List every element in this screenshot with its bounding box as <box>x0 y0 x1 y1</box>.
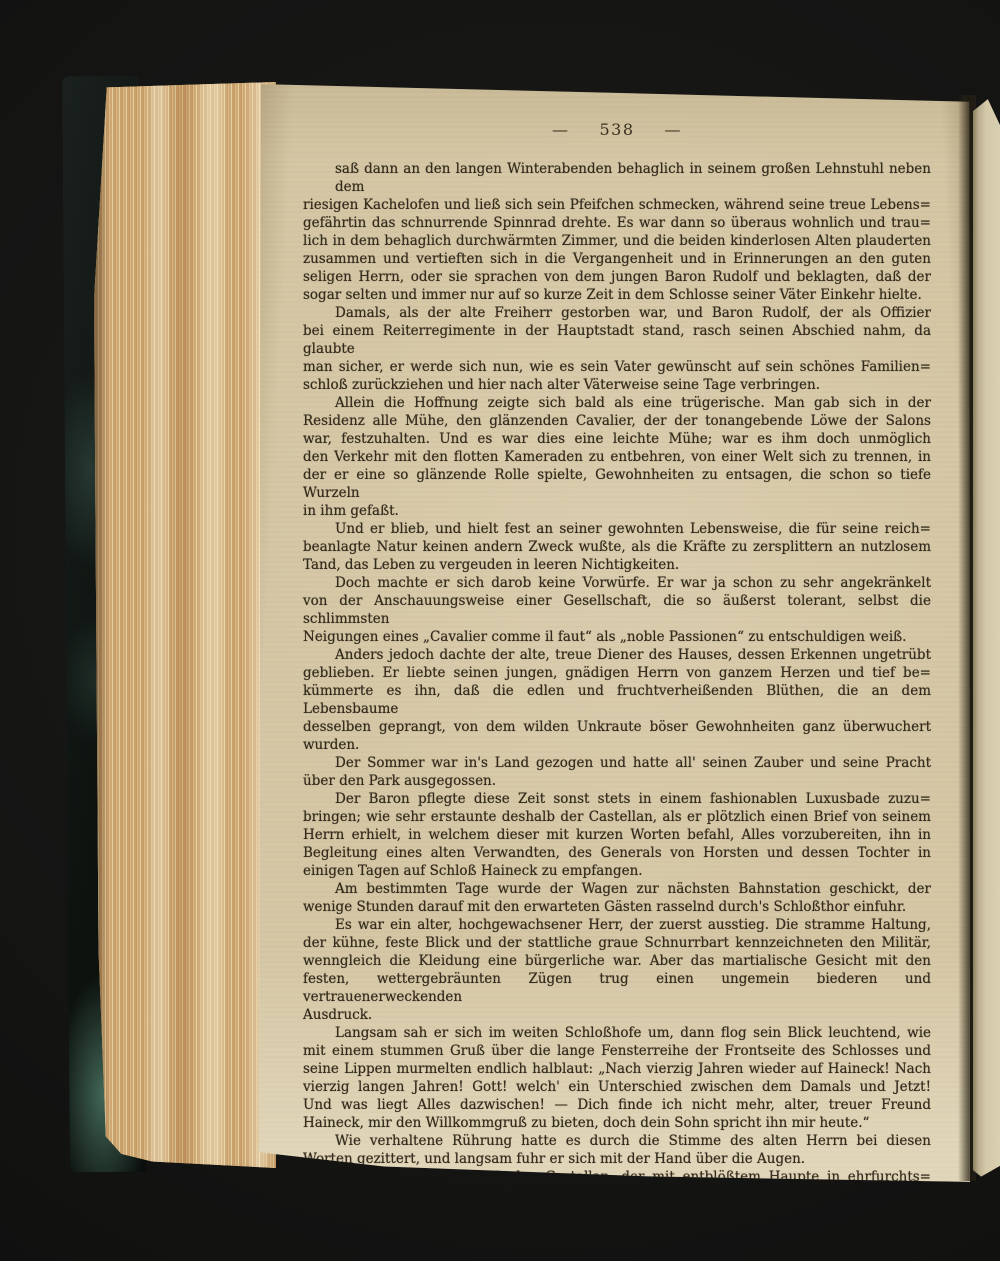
adjacent-page-sliver <box>973 97 1000 1181</box>
text-line: Herrn erhielt, in welchem dieser mit kur… <box>303 826 931 844</box>
text-line: den Verkehr mit den flotten Kameraden zu… <box>303 448 931 466</box>
book-page: — 538 — saß dann an den langen Winterabe… <box>256 83 970 1183</box>
text-line: kümmerte es ihn, daß die edlen und fruch… <box>303 682 931 718</box>
text-line: einigen Tagen auf Schloß Haineck zu empf… <box>303 862 931 880</box>
text-line: geblieben. Er liebte seinen jungen, gnäd… <box>303 664 931 682</box>
text-line: schloß zurückziehen und hier nach alter … <box>303 376 931 394</box>
text-line: Der Baron pflegte diese Zeit sonst stets… <box>303 790 931 808</box>
page-number: 538 <box>599 120 634 139</box>
text-line: desselben geprangt, von dem wilden Unkra… <box>303 718 931 736</box>
text-line: von der Anschauungsweise einer Gesellsch… <box>303 592 931 628</box>
text-line: Damals, als der alte Freiherr gestorben … <box>303 304 931 322</box>
text-line: Anders jedoch dachte der alte, treue Die… <box>303 646 931 664</box>
text-line: bei einem Reiterregimente in der Hauptst… <box>303 322 931 358</box>
text-line: Ausdruck. <box>303 1006 931 1024</box>
text-line: Tand, das Leben zu vergeuden in leeren N… <box>303 556 931 574</box>
text-line: festen, wettergebräunten Zügen trug eine… <box>303 970 931 1006</box>
text-line: seligen Herrn, oder sie sprachen von dem… <box>303 268 931 286</box>
text-line: sogar selten und immer nur auf so kurze … <box>303 286 931 304</box>
text-line: Residenz alle Mühe, den glänzenden Caval… <box>303 412 931 430</box>
text-line: gefährtin das schnurrende Spinnrad dreht… <box>303 214 931 232</box>
text-line: Und was liegt Alles dazwischen! — Dich f… <box>303 1096 931 1114</box>
text-line: war, festzuhalten. Und es war dies eine … <box>303 430 931 448</box>
page-content: — 538 — saß dann an den langen Winterabe… <box>303 83 931 1204</box>
text-line: wenngleich die Kleidung eine bürgerliche… <box>303 952 931 970</box>
text-line: wenige Stunden darauf mit den erwarteten… <box>303 898 931 916</box>
text-line: beanlagte Natur keinen andern Zweck wußt… <box>303 538 931 556</box>
text-line: über den Park ausgegossen. <box>303 772 931 790</box>
text-line: der er eine so glänzende Rolle spielte, … <box>303 466 931 502</box>
text-line: saß dann an den langen Winterabenden beh… <box>303 160 931 196</box>
text-line: Doch machte er sich darob keine Vorwürfe… <box>303 574 931 592</box>
text-line: in ihm gefaßt. <box>303 502 931 520</box>
text-line: voller Haltung dastand. <box>303 1186 931 1204</box>
text-line: Begleitung eines alten Verwandten, des G… <box>303 844 931 862</box>
text-line: vierzig langen Jahren! Gott! welch' ein … <box>303 1078 931 1096</box>
text-line: Und er blieb, und hielt fest an seiner g… <box>303 520 931 538</box>
text-line: wurden. <box>303 736 931 754</box>
text-line: Worten gezittert, und langsam fuhr er si… <box>303 1150 931 1168</box>
page-header: — 538 — <box>303 120 931 139</box>
text-line: seine Lippen murmelten endlich halblaut:… <box>303 1060 931 1078</box>
header-dash-left: — <box>552 120 570 139</box>
header-dash-right: — <box>665 120 683 139</box>
book-photo: — 538 — saß dann an den langen Winterabe… <box>0 0 1000 1261</box>
text-line: der kühne, feste Blick und der stattlich… <box>303 934 931 952</box>
text-line: Neigungen eines „Cavalier comme il faut“… <box>303 628 931 646</box>
page-text: saß dann an den langen Winterabenden beh… <box>303 160 931 1204</box>
text-line: Haineck, mir den Willkommgruß zu bieten,… <box>303 1114 931 1132</box>
text-line: Am bestimmten Tage wurde der Wagen zur n… <box>303 880 931 898</box>
text-line: Allein die Hoffnung zeigte sich bald als… <box>303 394 931 412</box>
text-line: Langsam sah er sich im weiten Schloßhofe… <box>303 1024 931 1042</box>
text-line: Wie verhaltene Rührung hatte es durch di… <box>303 1132 931 1150</box>
text-line: riesigen Kachelofen und ließ sich sein P… <box>303 196 931 214</box>
text-line: mit einem stummen Gruß über die lange Fe… <box>303 1042 931 1060</box>
text-line: lich in dem behaglich durchwärmten Zimme… <box>303 232 931 250</box>
text-line: man sicher, er werde sich nun, wie es se… <box>303 358 931 376</box>
page-edge-stack <box>94 82 276 1168</box>
text-line: Es war ein alter, hochgewachsener Herr, … <box>303 916 931 934</box>
text-line: Der Sommer war in's Land gezogen und hat… <box>303 754 931 772</box>
text-line: Plötzlich traf sein Blick den Castellan,… <box>303 1168 931 1186</box>
text-line: bringen; wie sehr erstaunte deshalb der … <box>303 808 931 826</box>
text-line: zusammen und vertieften sich in die Verg… <box>303 250 931 268</box>
